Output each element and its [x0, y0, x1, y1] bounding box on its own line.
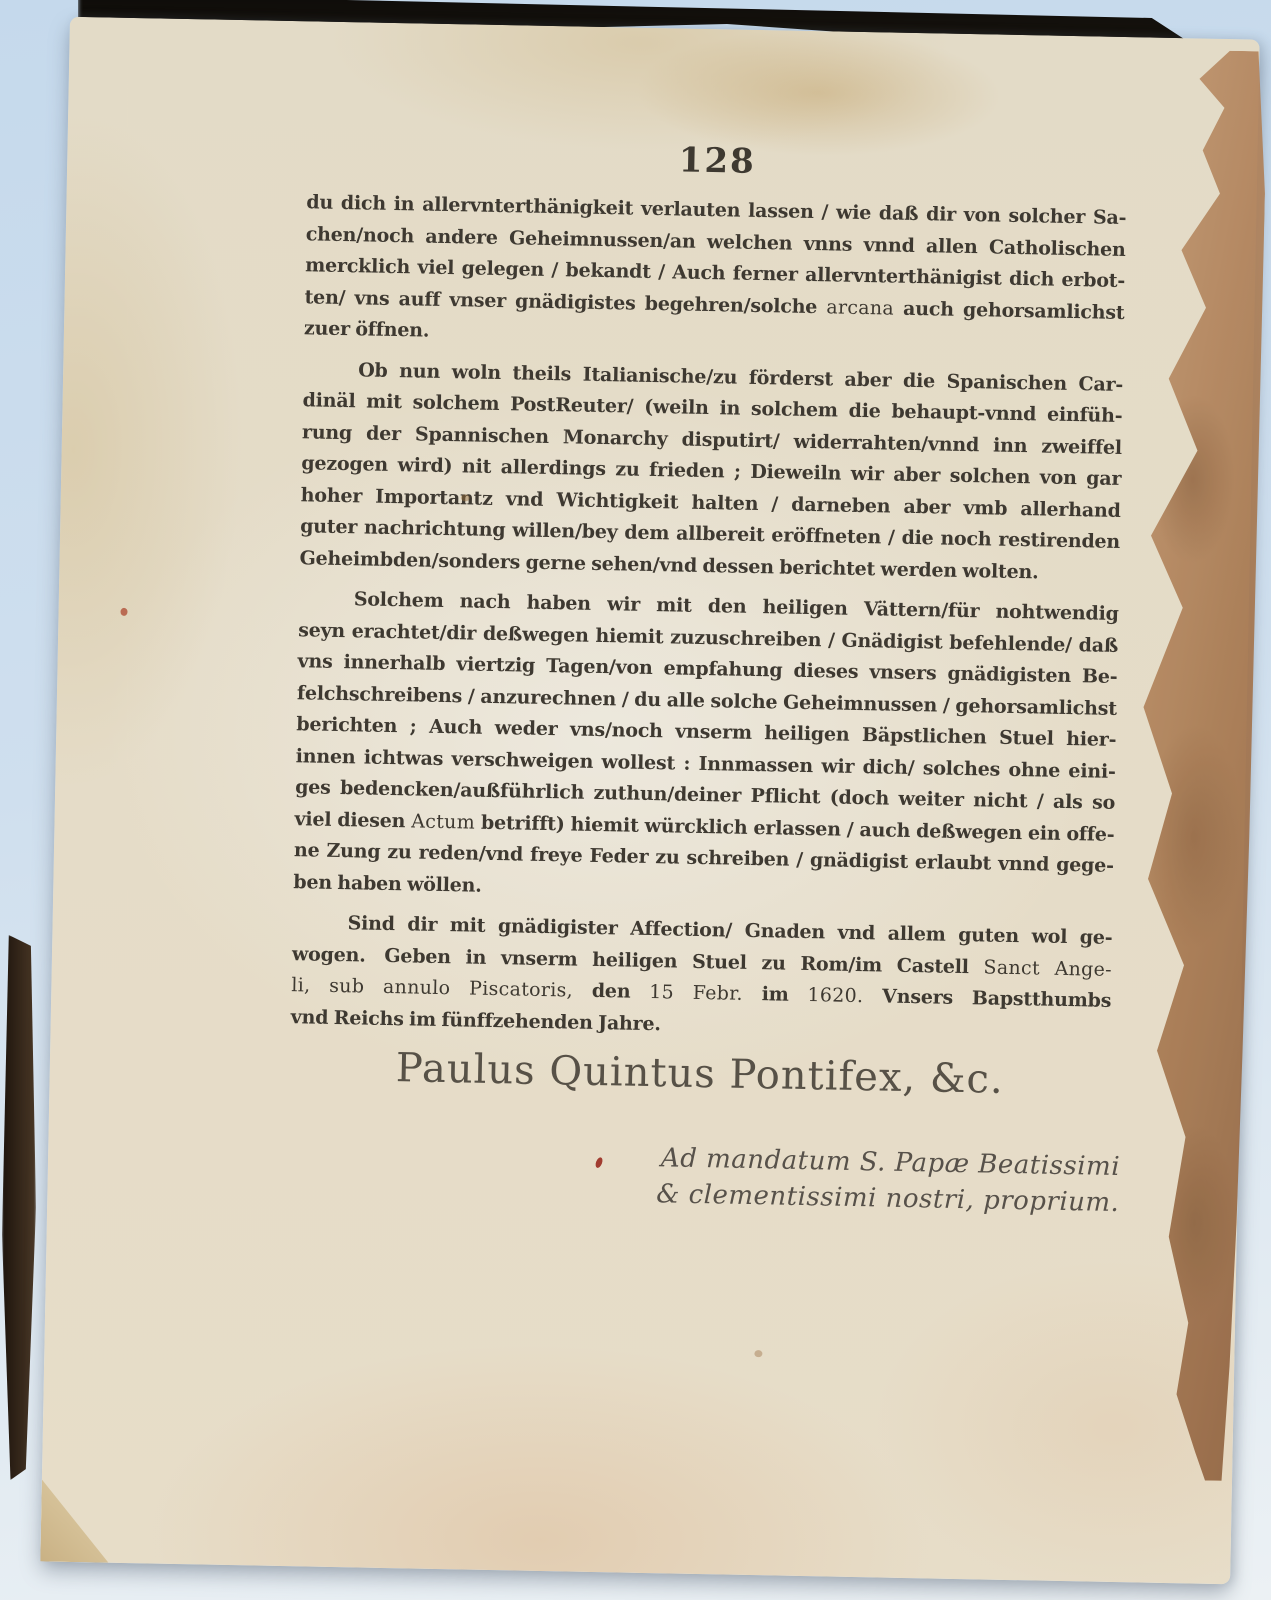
colophon: Ad mandatum S. Papæ Beatissimi & clement…: [287, 1133, 1120, 1221]
paper-stain-speck: [461, 494, 470, 501]
roman-text: Actum: [411, 810, 475, 833]
paragraph: Solchem nach haben wir mit den heiligen …: [293, 583, 1119, 914]
roman-text: 15 Febr.: [649, 981, 743, 1005]
page-number: 128: [307, 133, 1128, 189]
red-speck: [120, 608, 127, 616]
paragraph: Sind dir mit gnädigister Affection/ Gnad…: [290, 907, 1112, 1049]
photo-background: 128 du dich in allervnterthänigkeit verl…: [0, 0, 1271, 1600]
body-text: du dich in allervnterthänigkeit verlaute…: [290, 187, 1126, 1058]
folded-corner: [40, 1461, 152, 1563]
roman-text: 1620.: [807, 984, 863, 1007]
paper-stain-speck: [754, 1350, 762, 1357]
paragraph: Ob nun woln theils Italianische/zu förde…: [299, 354, 1123, 590]
paragraph: du dich in allervnterthänigkeit verlaute…: [304, 187, 1127, 360]
document-page: 128 du dich in allervnterthänigkeit verl…: [40, 17, 1259, 1585]
roman-text: Sanct Ange-: [983, 956, 1112, 980]
roman-text: li, sub annulo Piscatoris,: [291, 974, 573, 1001]
roman-text: arcana: [826, 296, 894, 319]
book-cover-edge: [2, 935, 36, 1480]
